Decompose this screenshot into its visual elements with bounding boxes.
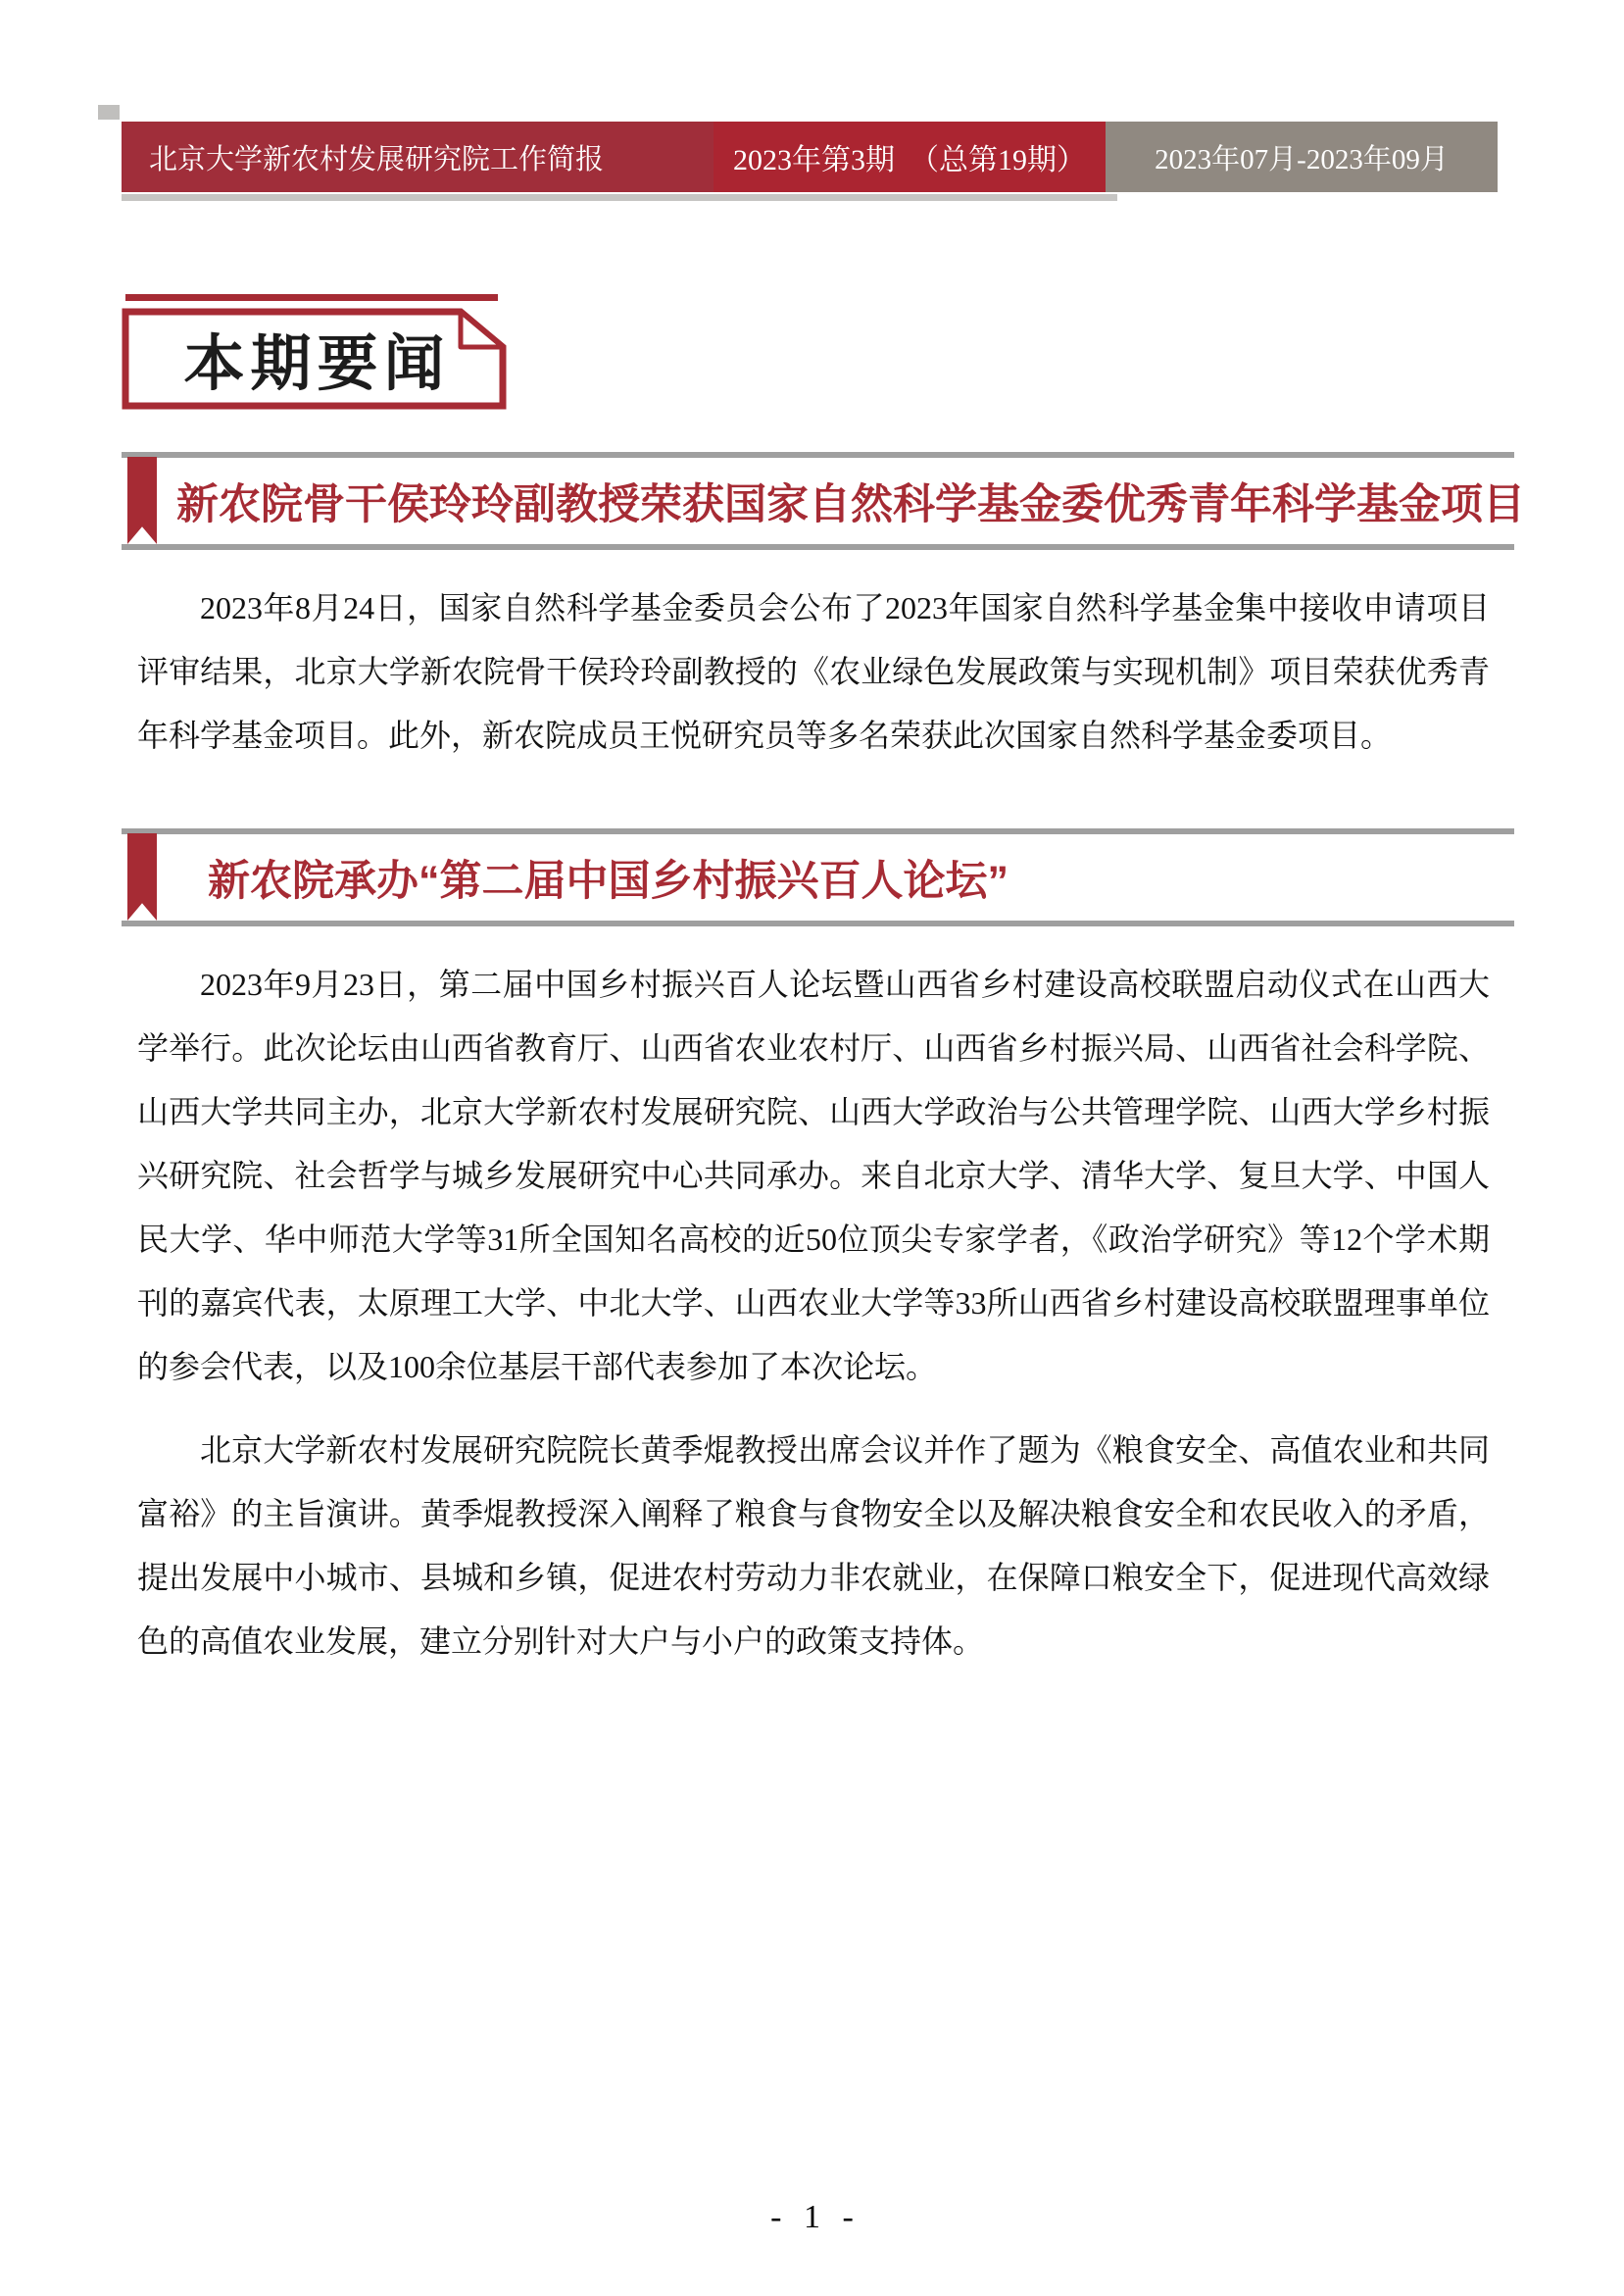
article2-paragraph-2: 北京大学新农村发展研究院院长黄季焜教授出席会议并作了题为《粮食安全、高值农业和共… [137,1419,1490,1673]
header-issue-number: 2023年第3期 （总第19期） [714,122,1106,192]
newsletter-page: 北京大学新农村发展研究院工作简报 2023年第3期 （总第19期） 2023年0… [0,0,1624,2296]
heading-band: 新农院承办“第二届中国乡村振兴百人论坛” [122,834,1514,921]
header-bar: 北京大学新农村发展研究院工作简报 2023年第3期 （总第19期） 2023年0… [122,122,1498,192]
article1-heading: 新农院骨干侯玲玲副教授荣获国家自然科学基金委优秀青年科学基金项目 [122,458,1514,544]
article1-body: 2023年8月24日，国家自然科学基金委员会公布了2023年国家自然科学基金集中… [137,576,1490,768]
header-offset-notch [98,105,120,120]
article2-heading-block: 新农院承办“第二届中国乡村振兴百人论坛” [122,828,1514,926]
header-offset-underline [122,194,1117,201]
article1-paragraph: 2023年8月24日，国家自然科学基金委员会公布了2023年国家自然科学基金集中… [137,576,1490,768]
highlights-box-title: 本期要闻 [125,312,503,404]
article2-heading: 新农院承办“第二届中国乡村振兴百人论坛” [122,834,1514,921]
header-newsletter-title: 北京大学新农村发展研究院工作简报 [122,122,714,192]
heading-band: 新农院骨干侯玲玲副教授荣获国家自然科学基金委优秀青年科学基金项目 [122,458,1514,544]
article1-heading-block: 新农院骨干侯玲玲副教授荣获国家自然科学基金委优秀青年科学基金项目 [122,452,1514,550]
highlights-box-top-line [125,294,498,301]
page-number: - 1 - [0,2199,1624,2236]
rule-bottom [122,544,1514,550]
rule-bottom [122,921,1514,926]
article2-body: 2023年9月23日，第二届中国乡村振兴百人论坛暨山西省乡村建设高校联盟启动仪式… [137,953,1490,1673]
header-date-range: 2023年07月-2023年09月 [1106,122,1498,192]
article2-paragraph-1: 2023年9月23日，第二届中国乡村振兴百人论坛暨山西省乡村建设高校联盟启动仪式… [137,953,1490,1399]
